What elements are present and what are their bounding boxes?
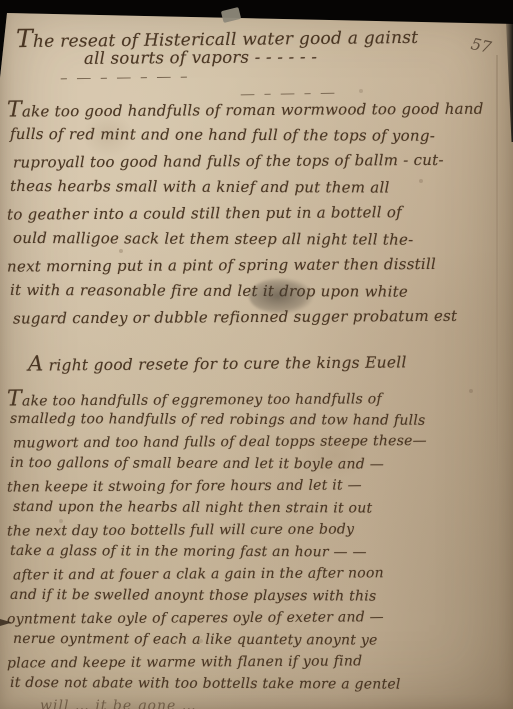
manuscript-line: in too gallons of small beare and let it… (7, 452, 511, 476)
manuscript-line: nerue oyntment of each a like quantety a… (7, 628, 511, 652)
manuscript-photo: { "page": { "page_number": "57", "title_… (0, 0, 513, 709)
cut-off-line: will … it be gone … (40, 698, 197, 709)
manuscript-page: The reseat of Histericall water good a g… (0, 0, 513, 709)
manuscript-line: theas hearbs small with a knief and put … (7, 173, 511, 201)
manuscript-line: Take too good handfulls of roman wormwoo… (7, 94, 511, 123)
recipe2-body: Take too handfulls of eggremoney too han… (7, 387, 511, 695)
manuscript-line: take a glass of it in the moring fast an… (7, 540, 511, 564)
manuscript-line: oyntment take oyle of caperes oyle of ex… (7, 605, 511, 630)
manuscript-line: ould malligoe sack let them steep all ni… (7, 225, 511, 253)
manuscript-line: smalledg too handfulls of red robings an… (7, 408, 511, 432)
manuscript-line: it dose not abate with too bottells take… (7, 672, 511, 696)
manuscript-line: fulls of red mint and one hand full of t… (7, 121, 511, 149)
recipe1-title-line2: all sourts of vapors - - - - - - (84, 47, 317, 68)
page-number: 57 (469, 34, 493, 57)
paper-speckles (0, 0, 2, 2)
manuscript-line: Take too handfulls of eggremoney too han… (7, 385, 511, 410)
manuscript-line: stand upon the hearbs all night then str… (7, 496, 511, 520)
manuscript-line: after it and at fouer a clak a gain in t… (7, 561, 511, 586)
dash-filler-row: – — – — – — – (60, 67, 190, 87)
manuscript-line: the next day too bottells full will cure… (7, 517, 511, 542)
manuscript-line: mugwort and too hand fulls of deal topps… (7, 429, 511, 454)
manuscript-line: next morning put in a pint of spring wat… (7, 250, 511, 279)
manuscript-line: and if it be swelled anoynt those playse… (7, 584, 511, 608)
manuscript-line: to geather into a could still then put i… (7, 198, 511, 227)
manuscript-line: ruproyall too good hand fulls of the top… (7, 146, 511, 175)
manuscript-line: then keepe it stwoing for fore hours and… (7, 473, 511, 498)
ink-stain (249, 278, 313, 314)
recipe2-heading: A right good resete for to cure the king… (28, 348, 407, 375)
manuscript-line: place and keepe it warme with flanen if … (7, 649, 511, 674)
